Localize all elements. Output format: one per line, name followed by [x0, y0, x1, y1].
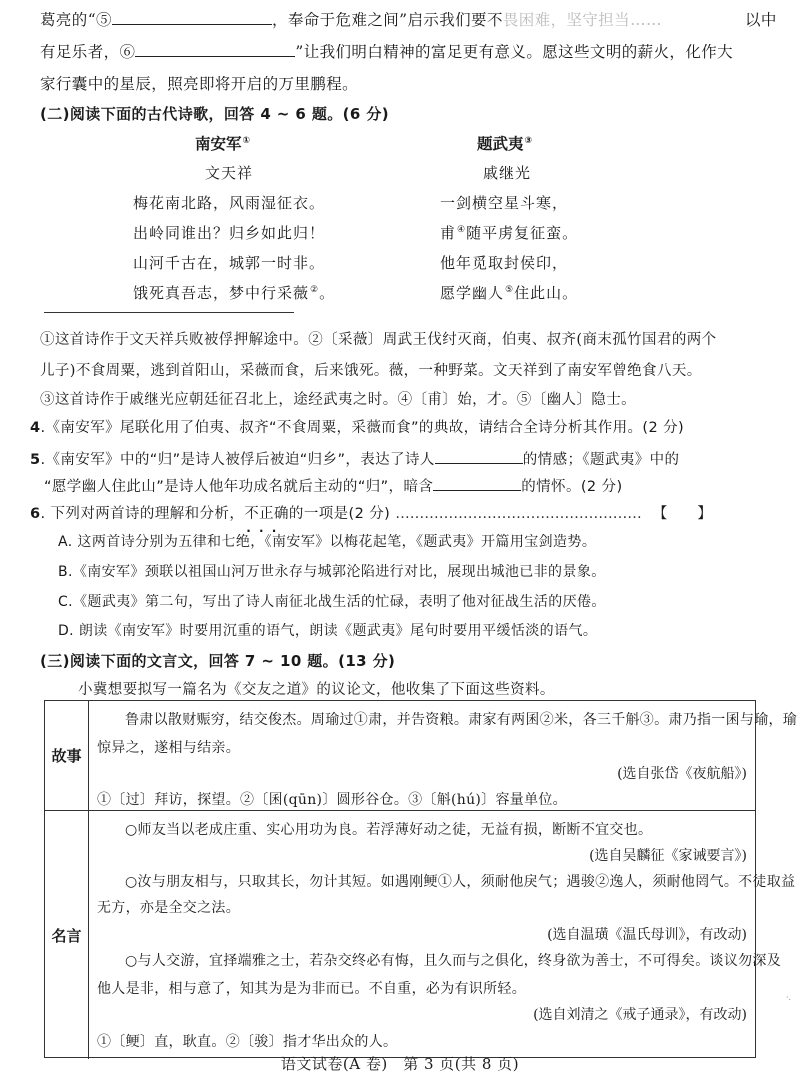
story-notes: ①〔过〕拜访，探望。②〔囷(qūn)〕圆形谷仓。③〔斛(hú)〕容量单位。: [97, 789, 567, 809]
poem-2-line-2: 甫④随平虏复征蛮。: [440, 222, 578, 243]
answer-bracket[interactable]: 【 】: [653, 506, 713, 522]
option-b[interactable]: B.《南安军》颈联以祖国山河万世永存与城郭沦陷进行对比，展现出城池已非的景象。: [58, 562, 606, 582]
intro-text: 以中: [745, 10, 777, 30]
table-row-story: 故事 鲁肃以散财赈穷，结交俊杰。周瑜过①肃，并告资粮。肃家有两囷②米，各三千斛③…: [45, 701, 755, 811]
question-text: “愿学幽人住此山”是诗人他年功成名就后主动的“归”，暗含: [44, 479, 433, 495]
intro-text: 葛亮的“⑤: [40, 11, 112, 29]
poem-line-text: 饿死真吾志，梦中行采薇: [133, 284, 309, 302]
story-source: (选自张岱《夜航船》): [617, 763, 747, 783]
poem-1-title: 南安军①: [195, 132, 250, 154]
quote-1-source: (选自吴麟征《家诫要言》): [589, 845, 747, 865]
poem-2-line-1: 一剑横空星斗寒，: [440, 192, 568, 213]
footnote-marker: ⑤: [505, 285, 514, 295]
question-number: 4: [30, 420, 41, 436]
row-header-story: 故事: [45, 701, 89, 810]
option-c[interactable]: C.《题武夷》第二句，写出了诗人南征北战生活的忙碌，表明了他对征战生活的厌倦。: [58, 592, 606, 612]
question-number: 6: [30, 506, 41, 522]
poem-line-text: 。: [319, 284, 335, 302]
poem-2-author: 戚继光: [483, 162, 531, 183]
poem-notes-line-1: ①这首诗作于文天祥兵败被俘押解途中。②〔采薇〕周武王伐纣灭商，伯夷、叔齐(商末孤…: [40, 330, 717, 350]
question-text: .《南安军》尾联化用了伯夷、叔齐“不食周粟，采薇而食”的典故，请结合全诗分析其作…: [41, 420, 685, 436]
footnote-marker: ③: [525, 136, 533, 146]
footnote-marker: ②: [310, 285, 319, 295]
intro-text: ，奉命于危难之间”启示我们要不: [272, 11, 503, 29]
quotes-notes: ①〔鲠〕直，耿直。②〔骏〕指才华出众的人。: [97, 1031, 397, 1051]
poem-1-line-3: 山河千古在，城郭一时非。: [133, 252, 325, 273]
scan-artifact: ·.: [786, 993, 791, 1002]
page-footer: 语文试卷(A 卷) 第 3 页(共 8 页): [0, 1053, 800, 1074]
question-text: 的情感；《题武夷》中的: [523, 452, 680, 468]
question-5-line-2: “愿学幽人住此山”是诗人他年功成名就后主动的“归”，暗含的情怀。(2 分): [44, 476, 623, 497]
poem-notes-line-2: 儿子)不食周粟，逃到首阳山，采薇而食，后来饿死。薇，一种野菜。文天祥到了南安军曾…: [40, 361, 702, 381]
story-line-2: 惊异之，遂相与结亲。: [97, 737, 240, 757]
question-text: 的情怀。(2 分): [521, 479, 622, 495]
quote-1: ○师友当以老成庄重、实心用功为良。若浮薄好动之徒，无益有损，断断不宜交也。: [125, 819, 652, 839]
materials-table: 故事 鲁肃以散财赈穷，结交俊杰。周瑜过①肃，并告资粮。肃家有两囷②米，各三千斛③…: [44, 700, 756, 1058]
exam-page: 葛亮的“⑤，奉命于危难之间”启示我们要不畏困难，坚守担当……以中 有足乐者，⑥”…: [0, 0, 800, 1085]
poem-1-line-1: 梅花南北路，风雨湿征衣。: [133, 192, 325, 213]
intro-line-1: 葛亮的“⑤，奉命于危难之间”启示我们要不畏困难，坚守担当……以中: [40, 10, 662, 30]
intro-line-2: 有足乐者，⑥”让我们明白精神的富足更有意义。愿这些文明的薪火，化作大: [40, 42, 733, 62]
quote-3-line-2: 他人是非，相与意了，知其为是为非而已。不自重，必为有识所轻。: [97, 978, 526, 998]
question-5-line-1: 5.《南安军》中的“归”是诗人被俘后被迫“归乡”，表达了诗人的情感；《题武夷》中…: [30, 449, 679, 470]
poem-1-line-4: 饿死真吾志，梦中行采薇②。: [133, 282, 335, 303]
option-d[interactable]: D. 朗读《南安军》时要用沉重的语气，朗读《题武夷》尾句时要用平缓恬淡的语气。: [58, 621, 597, 641]
poem-1-author: 文天祥: [205, 162, 253, 183]
quote-2-line-1: ○汝与朋友相与，只取其长，勿计其短。如遇刚鲠①人，须耐他戾气；遇骏②逸人，须耐他…: [125, 871, 795, 891]
poem-2-line-4: 愿学幽人⑤住此山。: [440, 282, 578, 303]
answer-blank-q5-2[interactable]: [433, 476, 521, 491]
question-text: . 下列对两首诗的理解和分析，: [41, 506, 245, 522]
section-2-heading: (二)阅读下面的古代诗歌，回答 4 ~ 6 题。(6 分): [40, 104, 389, 124]
poem-line-text: 甫: [440, 224, 456, 242]
quote-3-source: (选自刘清之《戒子通录》，有改动): [533, 1004, 747, 1024]
answer-blank-5[interactable]: [112, 10, 272, 25]
footnote-marker: ①: [243, 136, 251, 146]
intro-text: 有足乐者，⑥: [40, 43, 135, 61]
question-text: .《南安军》中的“归”是诗人被俘后被迫“归乡”，表达了诗人: [41, 452, 435, 468]
leader-dots: ……………………………………………: [395, 506, 642, 522]
poem-1-line-2: 出岭同谁出？归乡如此归！: [133, 222, 325, 243]
story-line-1: 鲁肃以散财赈穷，结交俊杰。周瑜过①肃，并告资粮。肃家有两囷②米，各三千斛③。肃乃…: [125, 709, 797, 729]
poem-title-text: 南安军: [195, 135, 242, 153]
poem-2-title: 题武夷③: [477, 132, 532, 154]
poem-line-text: 愿学幽人: [440, 284, 504, 302]
poem-2-line-3: 他年觅取封侯印，: [440, 252, 568, 273]
quote-2-line-2: 无方，亦是全交之法。: [97, 897, 240, 917]
footnote-divider: [44, 312, 294, 313]
question-4: 4.《南安军》尾联化用了伯夷、叔齐“不食周粟，采薇而食”的典故，请结合全诗分析其…: [30, 418, 684, 438]
question-6: 6. 下列对两首诗的理解和分析，不正确的一项是(2 分) ………………………………: [30, 504, 712, 524]
answer-blank-q5-1[interactable]: [435, 449, 523, 464]
quote-2-source: (选自温璜《温氏母训》，有改动): [547, 924, 747, 944]
intro-line-3: 家行囊中的星辰，照亮即将开启的万里鹏程。: [40, 74, 358, 94]
quote-3-line-1: ○与人交游，宜择端雅之士，若杂交终必有悔，且久而与之俱化，终身欲为善士，不可得矣…: [125, 950, 781, 970]
answer-blank-6[interactable]: [135, 42, 295, 57]
option-a[interactable]: A. 这两首诗分别为五律和七绝，《南安军》以梅花起笔，《题武夷》开篇用宝剑造势。: [58, 532, 596, 552]
poem-notes-line-3: ③这首诗作于戚继光应朝廷征召北上，途经武夷之时。④〔甫〕始，才。⑤〔幽人〕隐士。: [40, 390, 636, 410]
poem-line-text: 住此山。: [514, 284, 578, 302]
footnote-marker: ④: [457, 225, 466, 235]
question-number: 5: [30, 452, 41, 468]
intro-text-faded: 畏困难，坚守担当……: [503, 11, 662, 29]
row-header-quotes: 名言: [45, 811, 89, 1059]
poem-title-text: 题武夷: [477, 135, 524, 153]
poem-line-text: 随平虏复征蛮。: [466, 224, 578, 242]
question-text: 的一项是(2 分): [289, 506, 390, 522]
intro-text: ”让我们明白精神的富足更有意义。愿这些文明的薪火，化作大: [295, 43, 733, 61]
table-row-quotes: 名言 ○师友当以老成庄重、实心用功为良。若浮薄好动之徒，无益有损，断断不宜交也。…: [45, 811, 755, 1059]
section-3-heading: (三)阅读下面的文言文，回答 7 ~ 10 题。(13 分): [40, 651, 395, 671]
emphasized-text: 不正确: [244, 506, 289, 522]
section-3-intro: 小冀想要拟写一篇名为《交友之道》的议论文，他收集了下面这些资料。: [78, 680, 555, 700]
